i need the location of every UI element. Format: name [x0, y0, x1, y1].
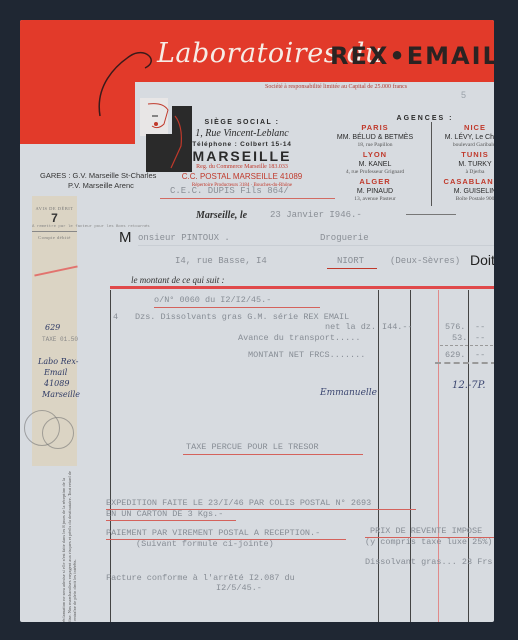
- resale-subtitle: (y compris taxe luxe 25%): [365, 537, 493, 547]
- head-office-block: SIÈGE SOCIAL : 1, Rue Vincent-Leblanc Té…: [172, 119, 312, 188]
- agency-name: M. TURKY: [425, 161, 494, 168]
- shipping-line-1: EXPEDITION FAITE LE 23/I/46 PAR COLIS PO…: [106, 498, 371, 508]
- agency-address: Boîte Postale 900: [425, 196, 494, 202]
- siege-city: MARSEILLE: [172, 148, 312, 164]
- transport-amount: 53.: [452, 333, 467, 343]
- cec-reference: C.E.C. DUPIS Fils 864/: [170, 186, 289, 196]
- col-line-amount-start: [438, 290, 439, 622]
- siege-telephone: Téléphone : Colbert 15-14: [172, 141, 312, 148]
- stub-hand-line: Labo Rex-: [38, 356, 80, 367]
- brand-name: REX•EMAIL: [330, 42, 494, 70]
- total-label: MONTANT NET FRCS.......: [248, 350, 365, 360]
- agency-city: CASABLANCA: [425, 177, 494, 186]
- handwritten-signature: Emmanuelle: [320, 388, 377, 398]
- agency-address: 18, rue Papillon: [325, 142, 425, 148]
- recipient-street: I4, rue Basse, I4: [175, 256, 267, 266]
- stub-handwritten: Labo Rex- Email 41089 Marseille: [38, 356, 80, 400]
- agences-divider: [431, 122, 432, 206]
- line-cents: --: [475, 322, 485, 332]
- tax-notice: TAXE PERCUE POUR LE TRESOR: [186, 442, 319, 452]
- agency-address: 13, avenue Pasteur: [325, 196, 425, 202]
- payment-line-1: PAIEMENT PAR VIREMENT POSTAL A RECEPTION…: [106, 528, 320, 538]
- place-label: Marseille, le: [196, 210, 247, 221]
- line-description: Dzs. Dissolvants gras G.M. série REX EMA…: [135, 312, 349, 322]
- resale-title: PRIX DE REVENTE IMPOSE: [370, 526, 482, 536]
- agency-city: ALGER: [325, 177, 425, 186]
- agencies-block: AGENCES : PARIS MM. BÉLUD & BETMÈS 18, r…: [325, 115, 494, 204]
- agency-city: TUNIS: [425, 150, 494, 159]
- stub-taxe: TAXE 01.50: [42, 336, 78, 343]
- stub-amount: 629: [45, 323, 60, 332]
- conformity-line-1: Facture conforme à l'arrêté I2.087 du: [106, 573, 295, 583]
- recipient-name: onsieur PINTOUX .: [138, 233, 230, 243]
- order-ref-underline: [154, 307, 320, 308]
- shipping-underline-2: [106, 520, 236, 521]
- total-amount: 629.: [445, 350, 465, 360]
- siege-registry: Reg. du Commerce Marseille 183.033: [172, 164, 312, 170]
- transport-label: Avance du transport.....: [238, 333, 360, 343]
- handwritten-tax: 12.-7P.: [452, 380, 486, 391]
- tax-notice-underline: [183, 454, 363, 455]
- invoice-date: 23 Janvier I946.-: [270, 210, 362, 220]
- flourish-divider: [406, 214, 456, 215]
- stub-note: À remettre par le facteur pour les Bons …: [32, 225, 150, 230]
- agency-address: boulevard Garibaldi: [425, 142, 494, 148]
- siege-label: SIÈGE SOCIAL :: [172, 119, 312, 126]
- cec-underline: [160, 198, 335, 199]
- doit-label: Doit: [470, 252, 494, 268]
- page-mark: 5: [461, 90, 466, 100]
- siege-address: 1, Rue Vincent-Leblanc: [172, 128, 312, 139]
- line-qty: 4: [113, 312, 118, 322]
- recipient-rule: [138, 245, 494, 246]
- recipient-initial: M: [119, 229, 132, 246]
- stub-hand-line: Marseille: [38, 389, 80, 400]
- line-amount: 576.: [445, 322, 465, 332]
- conformity-line-2: I2/5/45.-: [216, 583, 262, 593]
- siege-ccp: C.C. POSTAL MARSEILLE 41089: [172, 172, 312, 181]
- table-top-red-rule: [110, 286, 494, 289]
- shipping-line-2: EN UN CARTON DE 3 Kgs.-: [106, 509, 223, 519]
- agency-city: LYON: [325, 150, 425, 159]
- transport-cents: --: [475, 333, 485, 343]
- legal-form: Société à responsabilité limitée au Capi…: [265, 84, 407, 90]
- stub-hand-line: Email: [38, 367, 80, 378]
- agency-name: M. KANEL: [325, 161, 425, 168]
- side-legal-note: Aucune réclamation ne sera admise si ell…: [42, 470, 92, 622]
- agency-city: NICE: [425, 123, 494, 132]
- agences-title: AGENCES :: [325, 115, 494, 122]
- agency-city: PARIS: [325, 123, 425, 132]
- agences-right-column: NICE M. LÉVY, Le Châlet boulevard Gariba…: [425, 122, 494, 204]
- total-double-rule: [435, 362, 494, 365]
- agency-name: MM. BÉLUD & BETMÈS: [325, 134, 425, 141]
- payment-line-2: (Suivant formule ci-jointe): [136, 539, 274, 549]
- total-cents: --: [475, 350, 485, 360]
- recipient-department: (Deux-Sèvres): [390, 256, 460, 266]
- montant-label: le montant de ce qui suit :: [131, 275, 224, 285]
- agency-name: M. LÉVY, Le Châlet: [425, 134, 494, 141]
- agency-address: 4, rue Professeur Grignard: [325, 169, 425, 175]
- train-stations: GARES : G.V. Marseille St-Charles P.V. M…: [40, 171, 156, 191]
- col-line-unit-end: [410, 290, 411, 622]
- agency-name: M. GUISELIN: [425, 188, 494, 195]
- col-line-cents: [468, 290, 469, 622]
- side-note-text: Aucune réclamation ne sera admise si ell…: [61, 468, 78, 622]
- city-underline: [327, 268, 377, 269]
- stub-compte-label: Compte débité: [32, 231, 77, 240]
- subtotal-dash-rule: [440, 345, 494, 347]
- agences-left-column: PARIS MM. BÉLUD & BETMÈS 18, rue Papillo…: [325, 122, 425, 204]
- resale-item: Dissolvant gras... 23 Frs: [365, 557, 493, 567]
- line-sub: net la dz.: [325, 322, 376, 332]
- stub-hand-line: 41089: [38, 378, 80, 389]
- stub-number: 7: [32, 211, 77, 225]
- line-unit-price: I44.--: [382, 322, 413, 332]
- postal-stamp-icon: [42, 417, 74, 449]
- order-reference: o/N° 0060 du I2/I2/45.-: [154, 295, 271, 305]
- invoice-paper: Laboratoires du REX•EMAIL Société à resp…: [20, 20, 494, 622]
- agency-name: M. PINAUD: [325, 188, 425, 195]
- col-line-desc-end: [378, 290, 379, 622]
- agency-address: à Djerba: [425, 169, 494, 175]
- recipient-business: Droguerie: [320, 233, 369, 243]
- gares-line-1: GARES : G.V. Marseille St-Charles: [40, 171, 156, 181]
- recipient-city: NIORT: [337, 256, 364, 266]
- gares-line-2: P.V. Marseille Arenc: [40, 181, 156, 191]
